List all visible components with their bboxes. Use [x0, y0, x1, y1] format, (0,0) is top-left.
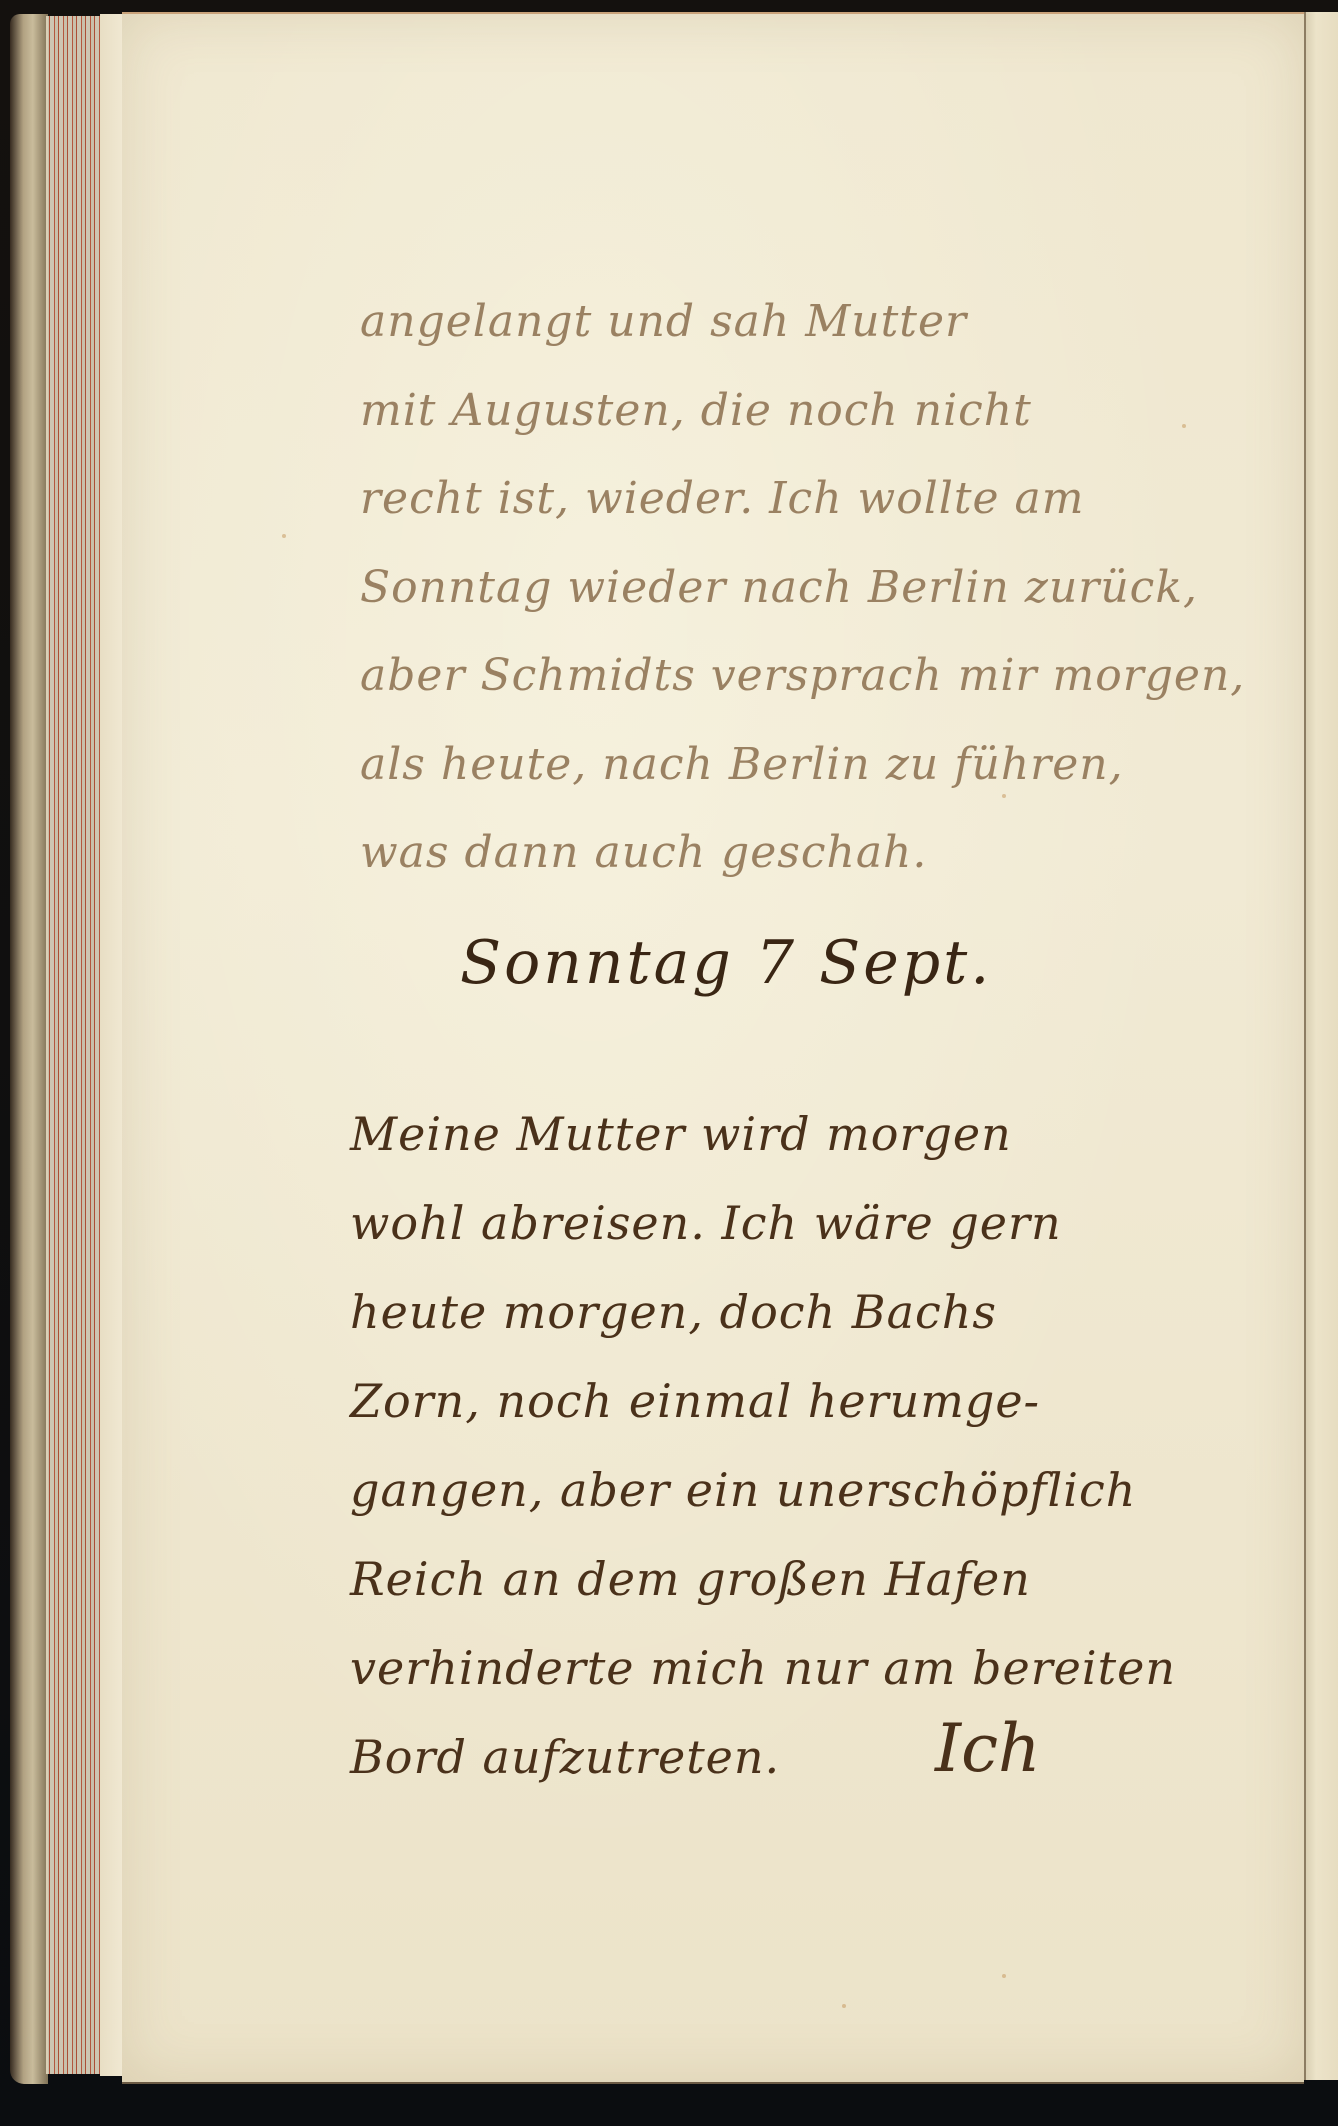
text-line: aber Schmidts versprach mir morgen,: [360, 632, 1180, 721]
text-line: Bord aufzutreten.: [350, 1713, 1170, 1802]
paper-speck: [1182, 424, 1186, 428]
paper-speck: [1002, 1974, 1006, 1978]
text-line: angelangt und sah Mutter: [360, 278, 1180, 367]
frayed-binding-edge: [10, 14, 48, 2084]
text-line: was dann auch geschah.: [360, 809, 1180, 898]
text-line: gangen, aber ein unerschöpflich: [350, 1446, 1170, 1535]
text-line: als heute, nach Berlin zu führen,: [360, 721, 1180, 810]
text-line: mit Augusten, die noch nicht: [360, 367, 1180, 456]
signature-mark: Ich: [935, 1710, 1041, 1787]
text-line: Zorn, noch einmal herumge-: [350, 1357, 1170, 1446]
text-line: wohl abreisen. Ich wäre gern: [350, 1179, 1170, 1268]
facing-page-edge: [1304, 12, 1338, 2080]
text-line: heute morgen, doch Bachs: [350, 1268, 1170, 1357]
paper-speck: [842, 2004, 846, 2008]
previous-entry-text: angelangt und sah Mutter mit Augusten, d…: [360, 278, 1180, 898]
entry-date-heading: Sonntag 7 Sept.: [460, 928, 992, 998]
paper-speck: [282, 534, 286, 538]
text-line: Meine Mutter wird morgen: [350, 1090, 1170, 1179]
text-line: Sonntag wieder nach Berlin zurück,: [360, 544, 1180, 633]
current-entry-text: Meine Mutter wird morgen wohl abreisen. …: [350, 1090, 1170, 1802]
text-line: recht ist, wieder. Ich wollte am: [360, 455, 1180, 544]
text-line: verhinderte mich nur am bereiten: [350, 1624, 1170, 1713]
page-stack-inner: [100, 14, 123, 2076]
text-line: Reich an dem großen Hafen: [350, 1535, 1170, 1624]
